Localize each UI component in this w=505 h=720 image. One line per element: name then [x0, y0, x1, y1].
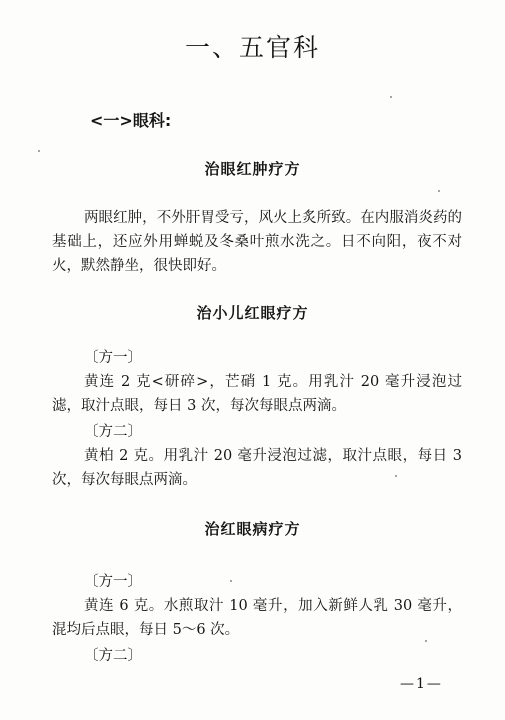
prescription-label: 〔方二〕 [84, 420, 142, 441]
prescription-text: 黄柏 2 克。用乳汁 20 毫升浸泡过滤，取汁点眼，每日 3 次，每次每眼点两滴… [52, 444, 462, 492]
page-number: —1— [400, 676, 443, 692]
prescription-text: 黄连 6 克。水煎取汁 10 毫升，加入新鲜人乳 30 毫升，混均后点眼，每日 … [52, 594, 462, 642]
prescription-label: 〔方一〕 [84, 570, 142, 591]
chapter-title: 一、五官科 [0, 28, 505, 64]
heading-child-red-eye: 治小儿红眼疗方 [0, 302, 505, 323]
prescription-body: 黄连 2 克<研碎>，芒硝 1 克。用乳汁 20 毫升浸泡过滤，取汁点眼，每日 … [52, 370, 462, 418]
prescription-body: 黄连 6 克。水煎取汁 10 毫升，加入新鲜人乳 30 毫升，混均后点眼，每日 … [52, 594, 462, 642]
prescription-body: 黄柏 2 克。用乳汁 20 毫升浸泡过滤，取汁点眼，每日 3 次，每次每眼点两滴… [52, 444, 462, 492]
prescription-label: 〔方二〕 [84, 644, 142, 665]
paragraph-eye-swelling: 两眼红肿，不外肝胃受亏，风火上炙所致。在内服消炎药的基础上，还应外用蝉蜕及冬桑叶… [52, 206, 462, 278]
prescription-label: 〔方一〕 [84, 346, 142, 367]
scan-speck [425, 640, 427, 642]
section-title: <一>眼科: [90, 108, 171, 131]
heading-pinkeye: 治红眼病疗方 [0, 518, 505, 539]
heading-eye-swelling: 治眼红肿疗方 [0, 158, 505, 179]
scan-speck [438, 190, 440, 192]
paragraph-text: 两眼红肿，不外肝胃受亏，风火上炙所致。在内服消炎药的基础上，还应外用蝉蜕及冬桑叶… [52, 206, 462, 278]
scan-speck [395, 475, 397, 477]
scan-speck [230, 580, 232, 582]
scan-speck [38, 150, 40, 152]
prescription-text: 黄连 2 克<研碎>，芒硝 1 克。用乳汁 20 毫升浸泡过滤，取汁点眼，每日 … [52, 370, 462, 418]
scan-speck [390, 96, 392, 98]
